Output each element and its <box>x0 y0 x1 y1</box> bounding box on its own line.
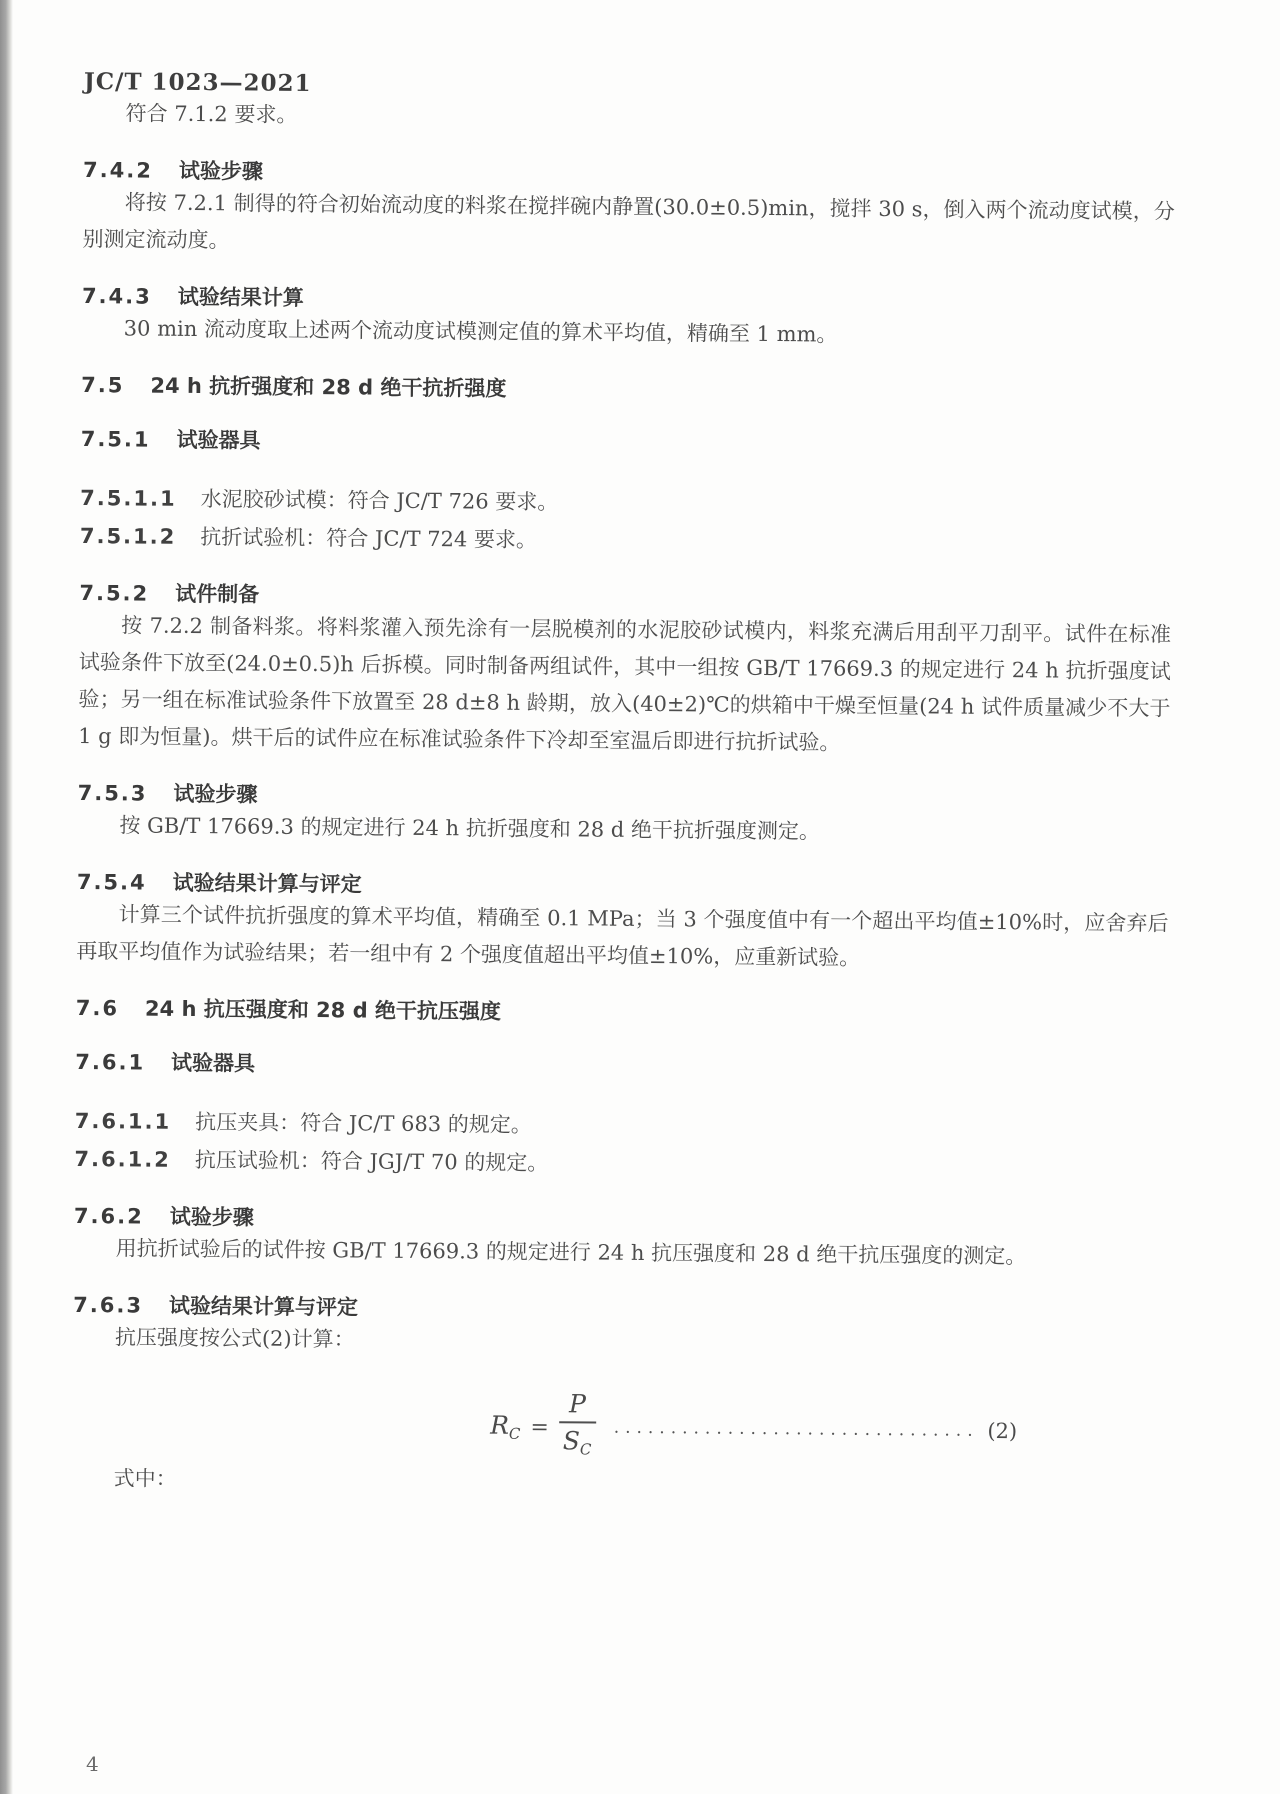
paragraph-7-4-2: 将按 7.2.1 制得的符合初始流动度的料浆在搅拌碗内静置(30.0±0.5)m… <box>82 184 1175 268</box>
formula-2: RC= P SC ...............................… <box>72 1386 1018 1468</box>
paragraph-7-5-4: 计算三个试件抗折强度的算术平均值，精确至 0.1 MPa；当 3 个强度值中有一… <box>76 896 1169 980</box>
clause-number: 7.6 <box>76 996 119 1020</box>
clause-number: 7.5.1.1 <box>80 486 177 511</box>
clause-text: 抗压试验机：符合 JGJ/T 70 的规定。 <box>195 1148 549 1175</box>
clause-text: 抗压夹具：符合 JC/T 683 的规定。 <box>195 1110 532 1137</box>
clause-text: 水泥胶砂试模：符合 JC/T 726 要求。 <box>201 487 559 514</box>
paragraph-7-5-2: 按 7.2.2 制备料浆。将料浆灌入预先涂有一层脱模剂的水泥胶砂试模内，料浆充满… <box>78 607 1171 765</box>
formula-subscript: C <box>509 1425 521 1443</box>
page-number: 4 <box>86 1752 99 1776</box>
clause-number: 7.4.3 <box>82 284 152 309</box>
clause-title: 试验步骤 <box>173 782 257 807</box>
clause-title: 24 h 抗压强度和 28 d 绝干抗压强度 <box>145 997 501 1024</box>
clause-number: 7.5.3 <box>78 781 148 806</box>
heading-7-6-1: 7.6.1试验器具 <box>75 1048 1167 1086</box>
clause-title: 试验器具 <box>171 1051 255 1076</box>
dot-leader: ........................................… <box>614 1418 976 1441</box>
clause-number: 7.5.1.2 <box>80 524 177 549</box>
clause-title: 试验步骤 <box>179 159 263 184</box>
clause-number: 7.4.2 <box>83 158 153 183</box>
equals-sign: = <box>530 1415 549 1440</box>
heading-7-6: 7.624 h 抗压强度和 28 d 绝干抗压强度 <box>76 994 1168 1032</box>
formula-symbol-R: R <box>490 1411 509 1440</box>
clause-number: 7.6.1.2 <box>74 1147 171 1172</box>
clause-number: 7.6.3 <box>73 1293 143 1318</box>
clause-title: 试验结果计算 <box>178 285 304 310</box>
formula-symbol-S: S <box>563 1426 580 1455</box>
clause-title: 试验器具 <box>176 428 260 453</box>
formula-lhs: RC= <box>490 1411 559 1444</box>
clause-number: 7.5.1 <box>81 427 151 452</box>
clause-title: 试件制备 <box>175 582 259 607</box>
clause-title: 24 h 抗折强度和 28 d 绝干抗折强度 <box>150 374 506 401</box>
clause-title: 试验步骤 <box>170 1205 254 1230</box>
clause-number: 7.5.4 <box>77 870 147 895</box>
clause-7-6-1-2: 7.6.1.2抗压试验机：符合 JGJ/T 70 的规定。 <box>74 1140 1166 1188</box>
clause-number: 7.6.1.1 <box>75 1109 172 1134</box>
clause-text: 抗折试验机：符合 JC/T 724 要求。 <box>200 525 537 552</box>
heading-7-5: 7.524 h 抗折强度和 28 d 绝干抗折强度 <box>81 371 1173 409</box>
clause-7-5-1-2: 7.5.1.2抗折试验机：符合 JC/T 724 要求。 <box>80 517 1172 565</box>
clause-number: 7.6.1 <box>75 1050 145 1075</box>
clause-number: 7.6.2 <box>74 1204 144 1229</box>
clause-title: 试验结果计算与评定 <box>173 871 362 897</box>
fraction-denominator: SC <box>563 1423 592 1464</box>
document-page: JC/T 1023—2021 符合 7.1.2 要求。 7.4.2试验步骤 将按… <box>72 68 1176 1506</box>
heading-7-5-1: 7.5.1试验器具 <box>81 425 1173 463</box>
scan-edge-shadow <box>0 0 13 1794</box>
clause-number: 7.5 <box>81 373 124 397</box>
clause-number: 7.5.2 <box>79 581 149 606</box>
formula-fraction: P SC <box>559 1390 596 1464</box>
formula-subscript: C <box>580 1440 592 1458</box>
formula-number: (2) <box>987 1419 1017 1443</box>
clause-title: 试验结果计算与评定 <box>169 1294 358 1320</box>
fraction-numerator: P <box>559 1390 596 1423</box>
